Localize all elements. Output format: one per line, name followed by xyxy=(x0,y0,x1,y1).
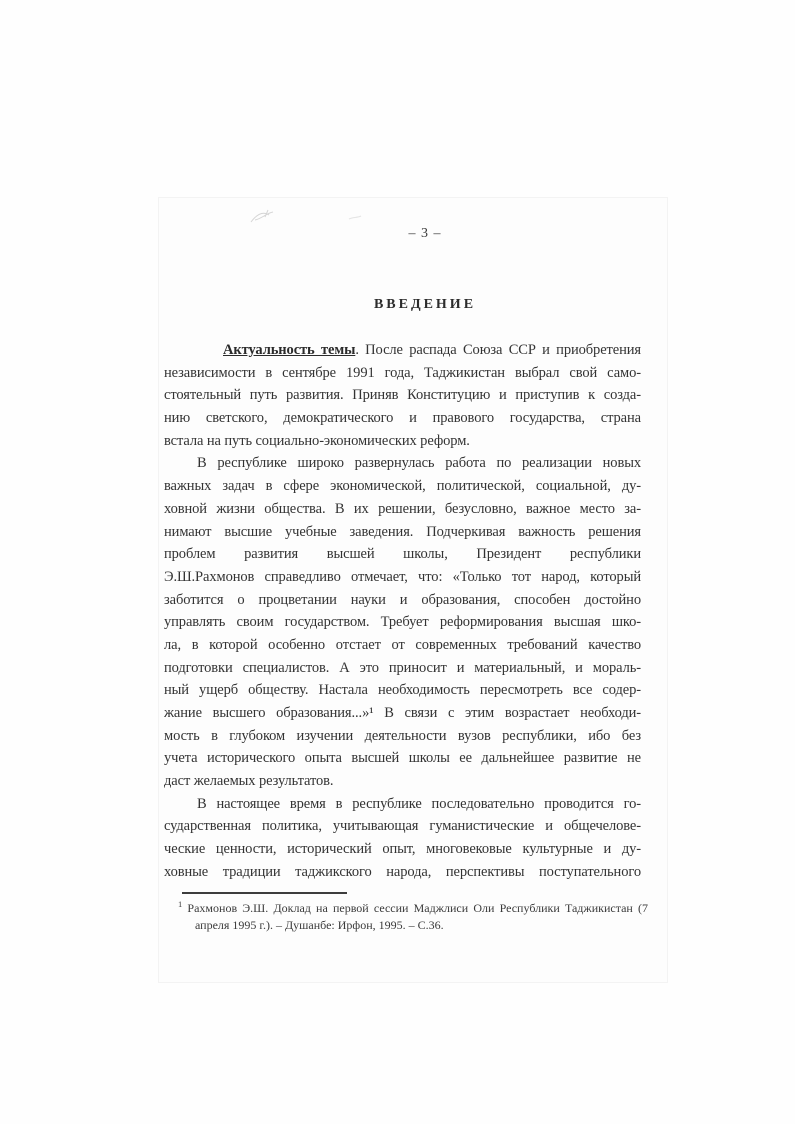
text-line: управлять своим государством. Требует ре… xyxy=(164,611,641,634)
lead-phrase-rest: . После распада Союза ССР и приобретения xyxy=(355,342,641,358)
footnote: 1 Рахмонов Э.Ш. Доклад на первой сессии … xyxy=(178,900,648,934)
footnote-marker: 1 xyxy=(178,900,182,909)
lead-phrase: Актуальность темы xyxy=(223,342,355,358)
text-line: встала на путь социально-экономических р… xyxy=(164,430,641,453)
text-line: Э.Ш.Рахмонов справедливо отмечает, что: … xyxy=(164,566,641,589)
text-line: ховные традиции таджикского народа, перс… xyxy=(164,861,641,884)
paragraph-1-lines: независимости в сентябре 1991 года, Тадж… xyxy=(164,362,641,453)
text-line: проблем развития высшей школы, Президент… xyxy=(164,543,641,566)
text-line: В настоящее время в республике последова… xyxy=(164,793,641,816)
text-line: стоятельный путь развития. Приняв Консти… xyxy=(164,384,641,407)
text-line: даст желаемых результатов. xyxy=(164,770,641,793)
intro-paragraph-1: Актуальность темы. После распада Союза С… xyxy=(164,339,641,452)
text-line: подготовки специалистов. А это приносит … xyxy=(164,657,641,680)
text-line: сударственная политика, учитывающая гума… xyxy=(164,815,641,838)
text-line: заботится о процветании науки и образова… xyxy=(164,589,641,612)
text-line: нию светского, демократического и правов… xyxy=(164,407,641,430)
text-line: ный ущерб обществу. Настала необходимост… xyxy=(164,679,641,702)
text-line: ла, в которой особенно отстает от соврем… xyxy=(164,634,641,657)
footnote-text-1: Рахмонов Э.Ш. Доклад на первой сессии Ма… xyxy=(187,901,648,915)
text-line: жание высшего образования...»¹ В связи с… xyxy=(164,702,641,725)
body-text: Актуальность темы. После распада Союза С… xyxy=(164,339,641,884)
paragraph-1-first-line: Актуальность темы. После распада Союза С… xyxy=(164,339,641,362)
scanned-page: – 3 – ВВЕДЕНИЕ Актуальность темы. После … xyxy=(158,197,668,983)
text-line: нимают высшие учебные заведения. Подчерк… xyxy=(164,521,641,544)
footnote-line-2: апреля 1995 г.). – Душанбе: Ирфон, 1995.… xyxy=(178,917,648,934)
text-line: учета исторического опыта высшей школы е… xyxy=(164,747,641,770)
pencil-smudge-mark-2 xyxy=(347,213,363,223)
text-line: ховной жизни общества. В их решении, без… xyxy=(164,498,641,521)
footnote-separator xyxy=(182,892,347,894)
intro-paragraph-2: В республике широко развернулась работа … xyxy=(164,452,641,792)
page-number: – 3 – xyxy=(159,226,667,242)
text-line: важных задач в сфере экономической, поли… xyxy=(164,475,641,498)
text-line: ческие ценности, исторический опыт, мног… xyxy=(164,838,641,861)
text-line: независимости в сентябре 1991 года, Тадж… xyxy=(164,362,641,385)
text-line: В республике широко развернулась работа … xyxy=(164,452,641,475)
footnote-line-1: 1 Рахмонов Э.Ш. Доклад на первой сессии … xyxy=(178,900,648,917)
scanned-document: – 3 – ВВЕДЕНИЕ Актуальность темы. После … xyxy=(0,0,795,1124)
text-line: мость в глубоком изучении деятельности в… xyxy=(164,725,641,748)
intro-paragraph-3: В настоящее время в республике последова… xyxy=(164,793,641,884)
section-title: ВВЕДЕНИЕ xyxy=(159,297,667,313)
